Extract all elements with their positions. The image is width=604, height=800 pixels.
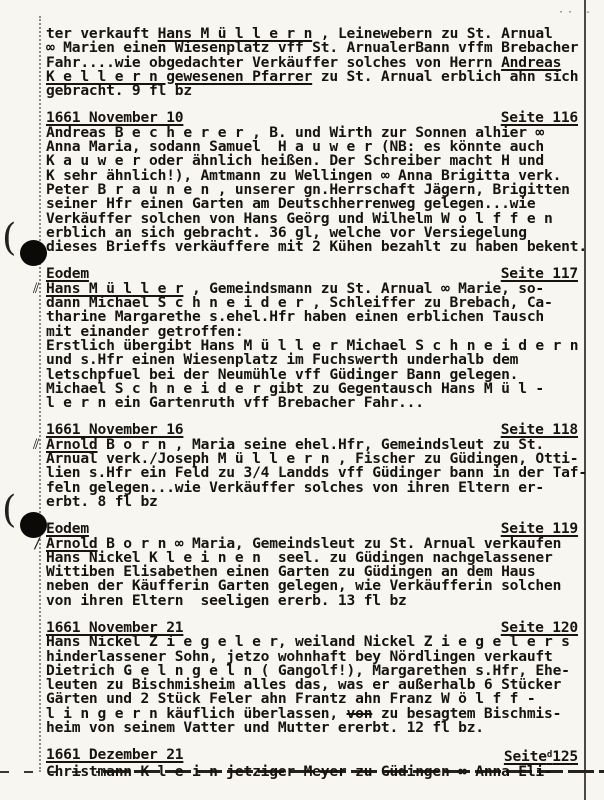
scanned-page: ·· - (( ter verkauft Hans M ü l l e r n … bbox=[0, 0, 604, 800]
page-left-edge-line bbox=[39, 16, 41, 772]
register-entry: ter verkauft Hans M ü l l e r n , Leinew… bbox=[46, 27, 578, 98]
page-right-edge-line bbox=[584, 0, 586, 800]
text-line: von ihren Eltern seeligen ererb. 13 fl b… bbox=[46, 594, 578, 608]
register-text-column: ter verkauft Hans M ü l l e r n , Leinew… bbox=[46, 27, 578, 779]
register-entry: 1661 November 21Seite 120Hans Nickel Z i… bbox=[46, 621, 578, 735]
register-entry: 1661 Dezember 21Seited125Christmann K l … bbox=[46, 748, 578, 779]
register-entry: 1661 November 10Seite 116Andreas B e c h… bbox=[46, 111, 578, 254]
text-line: gebracht. 9 fl bz bbox=[46, 84, 578, 98]
paren-mark: ( bbox=[2, 231, 16, 245]
paren-mark: ( bbox=[2, 503, 16, 517]
text-run: heim von seinem Vatter und Mutter ererbt… bbox=[46, 719, 484, 736]
register-entry: 1661 November 16Seite 118⫽Arnold B o r n… bbox=[46, 423, 578, 509]
text-run: gebracht. 9 fl bz bbox=[46, 82, 192, 99]
text-line: dieses Brieffs verkäuffere mit 2 Kühen b… bbox=[46, 240, 578, 254]
text-run: von ihren Eltern seeligen ererb. 13 fl b… bbox=[46, 592, 407, 609]
margin-slash-mark: ∕ bbox=[33, 537, 42, 551]
text-line: heim von seinem Vatter und Mutter ererbt… bbox=[46, 721, 578, 735]
text-run: Christmann K l e i n jetziger Meyer zu G… bbox=[46, 763, 553, 780]
handwritten-insert-mark: d bbox=[547, 750, 552, 760]
text-line: l e r n ein Gartenruth vff Brebacher Fah… bbox=[46, 396, 578, 410]
register-entry: EodemSeite 117⫽Hans M ü l l e r , Gemein… bbox=[46, 267, 578, 410]
scan-noise-marks: ·· - bbox=[558, 6, 594, 20]
punch-hole-circle bbox=[20, 240, 47, 266]
text-run: erbt. 8 fl bz bbox=[46, 493, 158, 510]
text-line: erbt. 8 fl bz bbox=[46, 495, 578, 509]
text-run: l e r n ein Gartenruth vff Brebacher Fah… bbox=[46, 394, 424, 411]
text-line: Christmann K l e i n jetziger Meyer zu G… bbox=[46, 765, 578, 779]
margin-slash-mark: ⫽ bbox=[33, 282, 39, 296]
text-run: dieses Brieffs verkäuffere mit 2 Kühen b… bbox=[46, 238, 587, 255]
margin-slash-mark: ⫽ bbox=[33, 438, 39, 452]
register-entry: EodemSeite 119∕Arnold B o r n ∞ Maria, G… bbox=[46, 522, 578, 608]
text-run: zu St. Arnual erblich ahn sich bbox=[312, 68, 578, 85]
